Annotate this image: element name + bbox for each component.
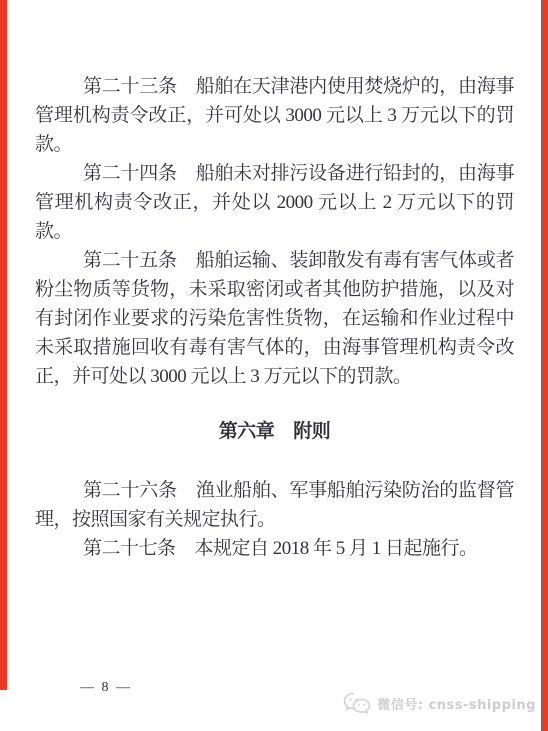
article-23-label: 第二十三条 — [83, 76, 177, 97]
article-27-label: 第二十七条 — [83, 538, 176, 559]
article-27-text: 本规定自 2018 年 5 月 1 日起施行。 — [195, 538, 478, 559]
watermark-text: 微信号: cnss-shipping — [377, 694, 536, 713]
chapter-number: 第六章 — [219, 421, 275, 442]
left-red-border — [0, 0, 7, 690]
page-number: — 8 — — [80, 680, 132, 696]
article-24-label: 第二十四条 — [83, 163, 177, 184]
article-26-paragraph: 第二十六条渔业船舶、军事船舶污染防治的监督管理，按照国家有关规定执行。 — [35, 476, 514, 534]
chapter-title: 附则 — [293, 421, 330, 442]
watermark: 微信号: cnss-shipping — [343, 692, 536, 714]
article-27-paragraph: 第二十七条本规定自 2018 年 5 月 1 日起施行。 — [35, 534, 514, 563]
chapter-heading: 第六章附则 — [35, 417, 514, 446]
document-page: 第二十三条船舶在天津港内使用焚烧炉的，由海事管理机构责令改正，并可处以 3000… — [0, 0, 548, 731]
article-25-paragraph: 第二十五条船舶运输、装卸散发有毒有害气体或者粉尘物质等货物，未采取密闭或者其他防… — [35, 246, 514, 391]
document-content: 第二十三条船舶在天津港内使用焚烧炉的，由海事管理机构责令改正，并可处以 3000… — [35, 72, 514, 563]
article-25-label: 第二十五条 — [83, 250, 177, 271]
article-23-paragraph: 第二十三条船舶在天津港内使用焚烧炉的，由海事管理机构责令改正，并可处以 3000… — [35, 72, 514, 159]
wechat-icon — [343, 692, 371, 714]
right-red-border — [541, 0, 548, 731]
article-26-label: 第二十六条 — [83, 480, 177, 501]
article-24-paragraph: 第二十四条船舶未对排污设备进行铅封的，由海事管理机构责令改正，并处以 2000 … — [35, 159, 514, 246]
